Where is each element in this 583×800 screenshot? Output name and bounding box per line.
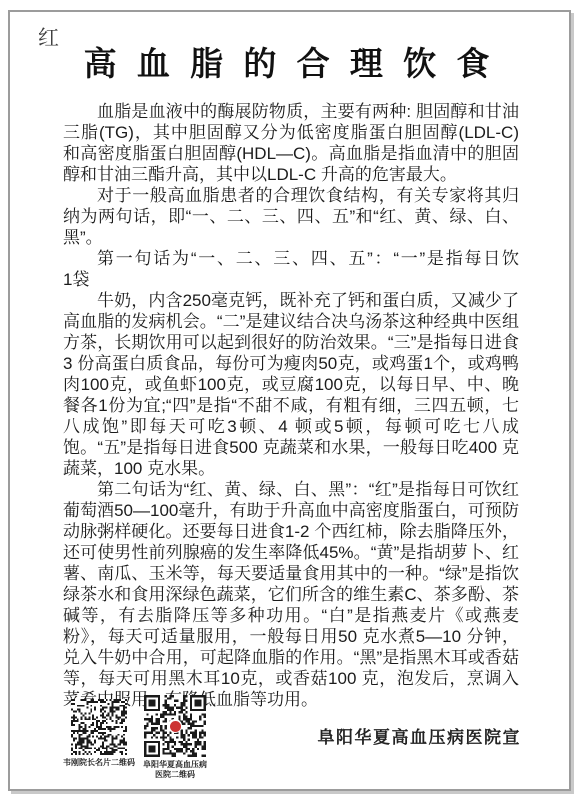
- corner-mark: 红: [38, 22, 60, 52]
- hospital-qr-logo-dot: [170, 721, 181, 732]
- hospital-qr-label: 阜阳华夏高血压病 医院二维码: [143, 760, 207, 780]
- publisher-credit: 阜阳华夏高血压病医院宣: [318, 723, 522, 748]
- page-title: 高 血 脂 的 合 理 饮 食: [20, 38, 559, 85]
- paragraph-intro: 血脂是血液中的酶展防物质，主要有两种: 胆固醇和甘油三脂(TG)，其中胆固醇又分…: [63, 101, 519, 185]
- paragraph-first-saying-detail: 牛奶，内含250毫克钙，既补充了钙和蛋白质，又减少了高血脂的发病机会。“二”是建…: [63, 290, 519, 479]
- hospital-qr-logo: [168, 719, 182, 733]
- paragraph-two-sayings: 对于一般高血脂患者的合理饮食结构，有关专家将其归纳为两句话，即“一、二、三、四、…: [63, 185, 519, 248]
- director-card-qr-label: 韦刚院长名片二维码: [63, 758, 135, 768]
- qr-block-hospital: 阜阳华夏高血压病 医院二维码: [143, 695, 207, 780]
- director-card-qr-code: [71, 699, 127, 755]
- document-page: 红 高 血 脂 的 合 理 饮 食 血脂是血液中的酶展防物质，主要有两种: 胆固…: [8, 10, 571, 791]
- paragraph-first-saying-lead: 第一句话为“一、二、三、四、五”：“一”是指每日饮: [63, 248, 519, 269]
- paragraph-second-saying: 第二句话为“红、黄、绿、白、黑”：“红”是指每日可饮红葡萄酒50—100毫升，有…: [63, 479, 519, 710]
- paragraph-one-bag: 1袋: [63, 269, 519, 290]
- hospital-qr-code: [144, 695, 206, 757]
- footer: 韦刚院长名片二维码 阜阳华夏高血压病 医院二维码 阜阳华夏高血压病医院宣: [63, 695, 521, 780]
- article-body: 血脂是血液中的酶展防物质，主要有两种: 胆固醇和甘油三脂(TG)，其中胆固醇又分…: [63, 101, 519, 710]
- qr-block-director: 韦刚院长名片二维码: [63, 695, 135, 768]
